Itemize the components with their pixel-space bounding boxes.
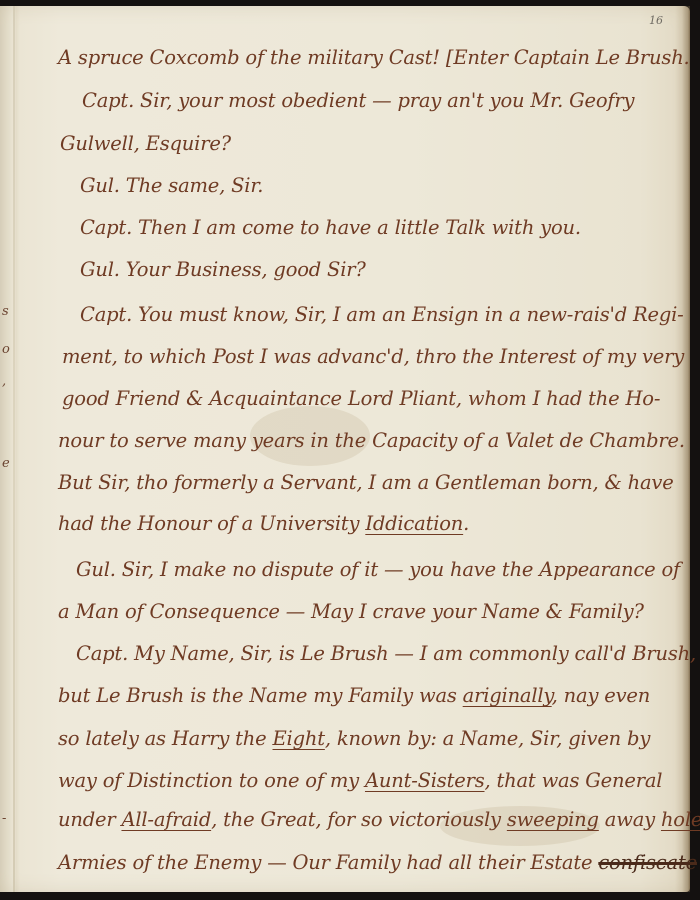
text-line: But Sir, tho formerly a Servant, I am a … <box>58 471 674 494</box>
manuscript-page: 16 s o , e - A spruce Coxcomb of the mil… <box>0 6 690 892</box>
text-line: so lately as Harry the Eight, known by: … <box>58 727 650 750</box>
margin-fragment: e <box>2 456 10 471</box>
text-span: Armies of the Enemy — Our Family had all… <box>58 851 598 874</box>
text-line: good Friend & Acquaintance Lord Pliant, … <box>62 387 660 410</box>
text-span: way of Distinction to one of my <box>58 769 365 792</box>
text-line: but Le Brush is the Name my Family was a… <box>58 684 650 707</box>
folio-number: 16 <box>649 14 663 27</box>
text-span: away <box>599 808 661 831</box>
text-line: Capt. Sir, your most obedient — pray an'… <box>82 89 634 112</box>
text-line: Gul. Sir, I make no dispute of it — you … <box>76 558 680 581</box>
text-span: , that was General <box>485 769 663 792</box>
margin-fragment: o <box>2 342 10 357</box>
text-line: way of Distinction to one of my Aunt-Sis… <box>58 769 662 792</box>
struck-through-word: confiscate <box>598 851 697 874</box>
binding-gutter <box>13 6 15 892</box>
underlined-word: Eight <box>273 727 325 750</box>
text-line: nour to serve many years in the Capacity… <box>58 429 685 452</box>
text-line: Gul. The same, Sir. <box>80 174 263 197</box>
underlined-word: ariginally <box>463 684 552 707</box>
text-span: so lately as Harry the <box>58 727 273 750</box>
text-line: Capt. You must know, Sir, I am an Ensign… <box>80 303 684 326</box>
margin-fragment: s <box>2 304 9 319</box>
text-line: Gul. Your Business, good Sir? <box>80 258 366 281</box>
text-span: but Le Brush is the Name my Family was <box>58 684 463 707</box>
underlined-word: hole <box>661 808 700 831</box>
underlined-word: sweeping <box>507 808 599 831</box>
text-line: A spruce Coxcomb of the military Cast! [… <box>58 46 690 69</box>
underlined-word: Iddication <box>365 512 463 535</box>
text-span: , the Great, for so victoriously <box>211 808 507 831</box>
margin-fragment: , <box>2 374 6 389</box>
text-line: Armies of the Enemy — Our Family had all… <box>58 851 697 874</box>
text-span: , nay even <box>552 684 650 707</box>
text-span: . <box>463 512 469 535</box>
text-span: under <box>58 808 121 831</box>
margin-fragment: - <box>2 811 6 826</box>
underlined-word: All-afraid <box>121 808 211 831</box>
manuscript-viewer: 16 s o , e - A spruce Coxcomb of the mil… <box>0 0 700 900</box>
text-span: , known by: a Name, Sir, given by <box>325 727 650 750</box>
text-line: had the Honour of a University Iddicatio… <box>58 512 469 535</box>
text-line: a Man of Consequence — May I crave your … <box>58 600 644 623</box>
text-line: Capt. Then I am come to have a little Ta… <box>80 216 581 239</box>
text-span: had the Honour of a University <box>58 512 365 535</box>
text-line: Gulwell, Esquire? <box>60 132 231 155</box>
text-line: ment, to which Post I was advanc'd, thro… <box>62 345 684 368</box>
underlined-word: Aunt-Sisters <box>365 769 485 792</box>
text-line: Capt. My Name, Sir, is Le Brush — I am c… <box>76 642 696 665</box>
text-line: under All-afraid, the Great, for so vict… <box>58 808 700 831</box>
